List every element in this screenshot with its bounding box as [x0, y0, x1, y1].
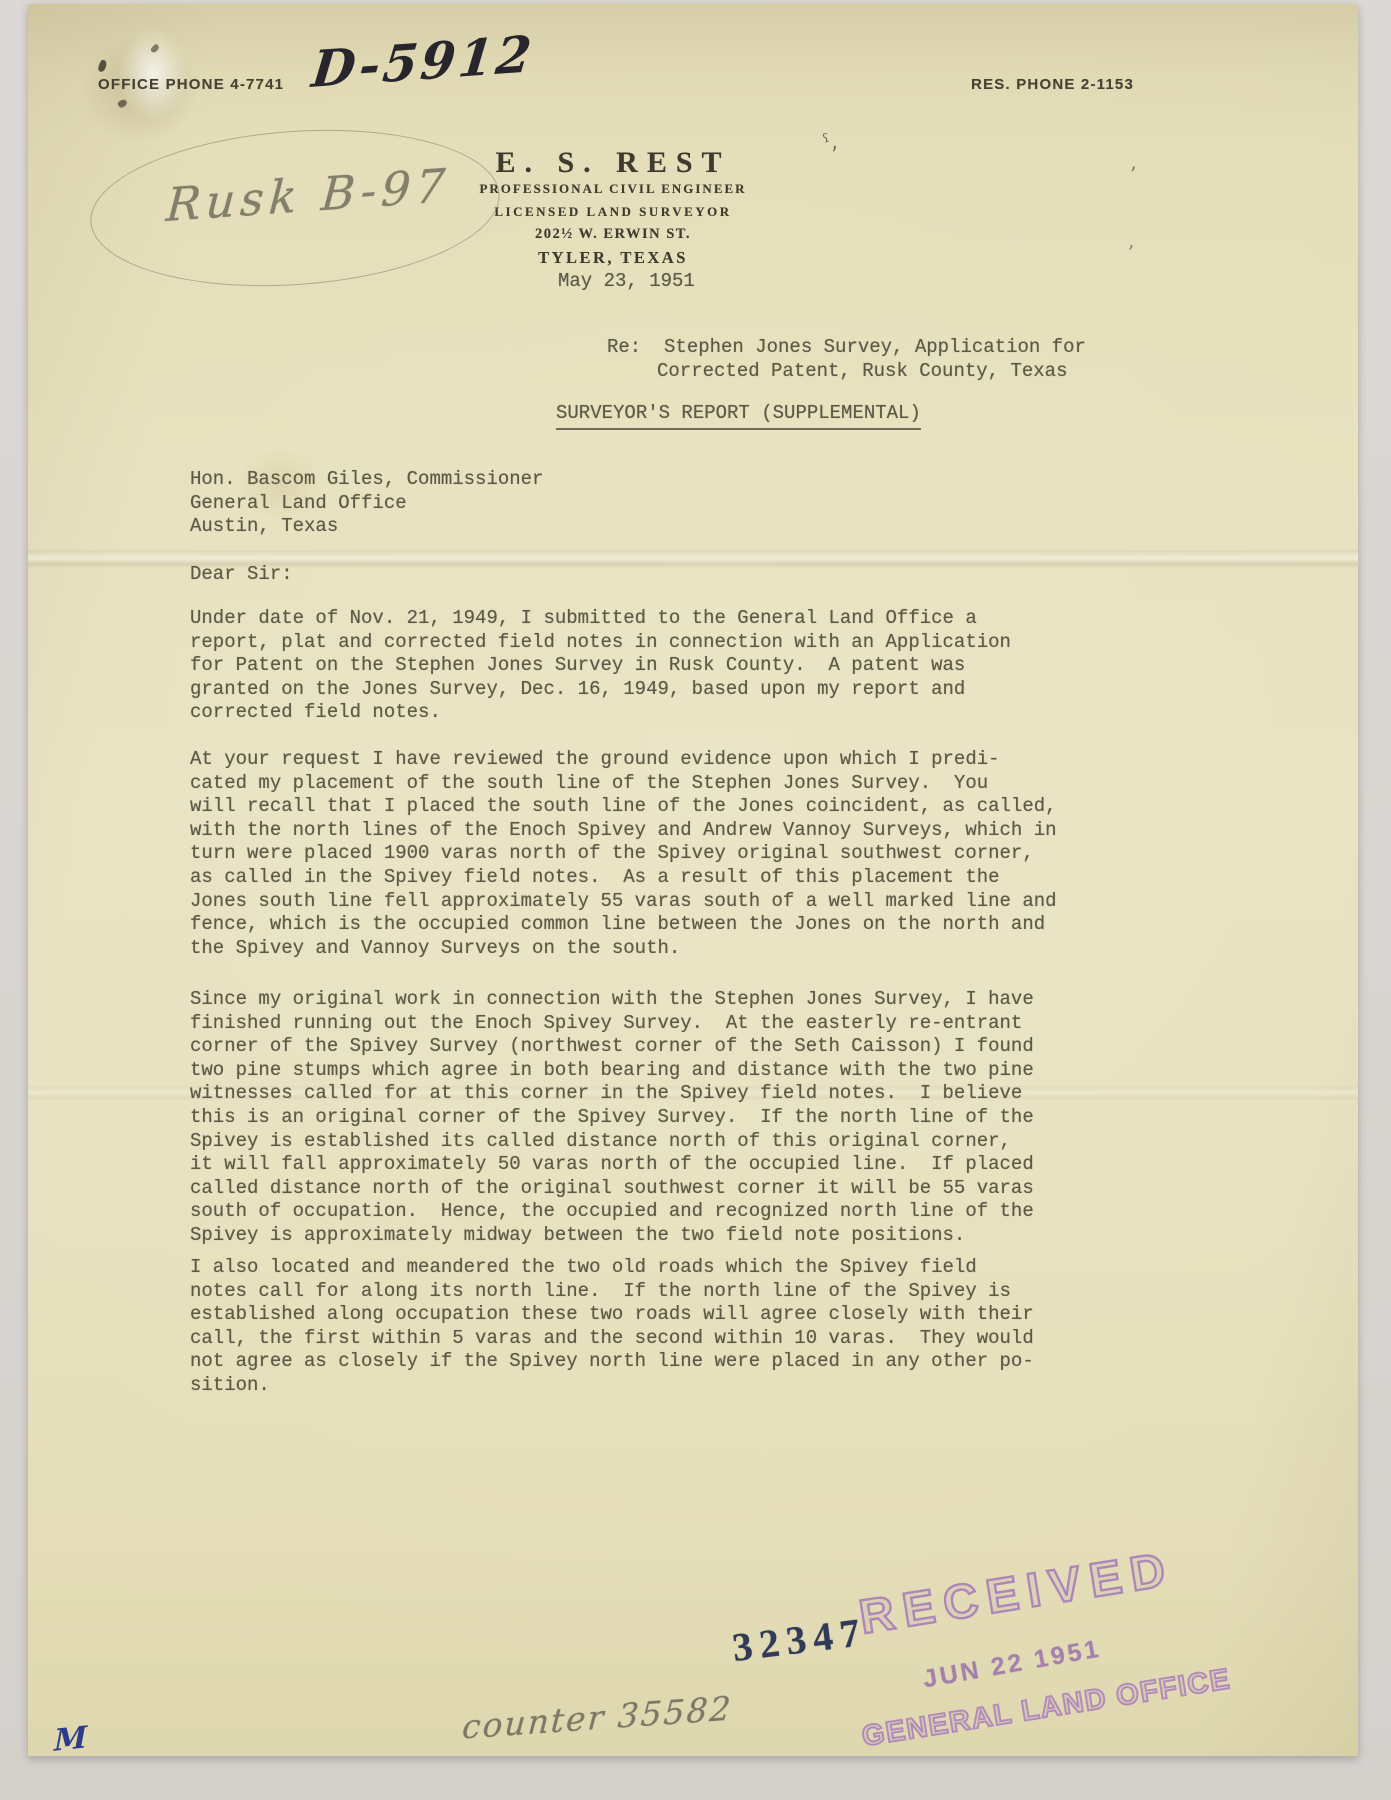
re-line-2: Corrected Patent, Rusk County, Texas [657, 360, 1067, 384]
letterhead-name: E. S. REST [452, 146, 774, 180]
letterhead-city: TYLER, TEXAS [452, 248, 774, 268]
residence-phone-label: RES. PHONE 2-1153 [948, 76, 1134, 93]
scanned-letter-page: ˁ, ’ ‚ OFFICE PHONE 4-7741 RES. PHONE 2-… [0, 0, 1391, 1800]
letterhead-title-surveyor: LICENSED LAND SURVEYOR [452, 204, 774, 220]
body-paragraph-1: Under date of Nov. 21, 1949, I submitted… [190, 607, 1011, 725]
letter-date: May 23, 1951 [558, 270, 695, 294]
body-paragraph-2: At your request I have reviewed the grou… [190, 748, 1057, 960]
letterhead-title-engineer: PROFESSIONAL CIVIL ENGINEER [452, 181, 774, 197]
body-paragraph-3: Since my original work in connection wit… [190, 988, 1034, 1248]
salutation: Dear Sir: [190, 563, 293, 587]
pen-tick-mark: ’ [1130, 162, 1136, 186]
handwritten-corner-mark: M [54, 1720, 87, 1759]
body-paragraph-4: I also located and meandered the two old… [190, 1256, 1034, 1398]
re-line-1: Re: Stephen Jones Survey, Application fo… [607, 336, 1086, 360]
office-phone-label: OFFICE PHONE 4-7741 [98, 76, 284, 93]
letterhead-street: 202½ W. ERWIN ST. [452, 226, 774, 243]
pen-tick-mark: ‚ [1128, 228, 1134, 252]
recipient-address-block: Hon. Bascom Giles, Commissioner General … [190, 468, 543, 539]
report-subject-heading: SURVEYOR'S REPORT (SUPPLEMENTAL) [556, 402, 921, 430]
